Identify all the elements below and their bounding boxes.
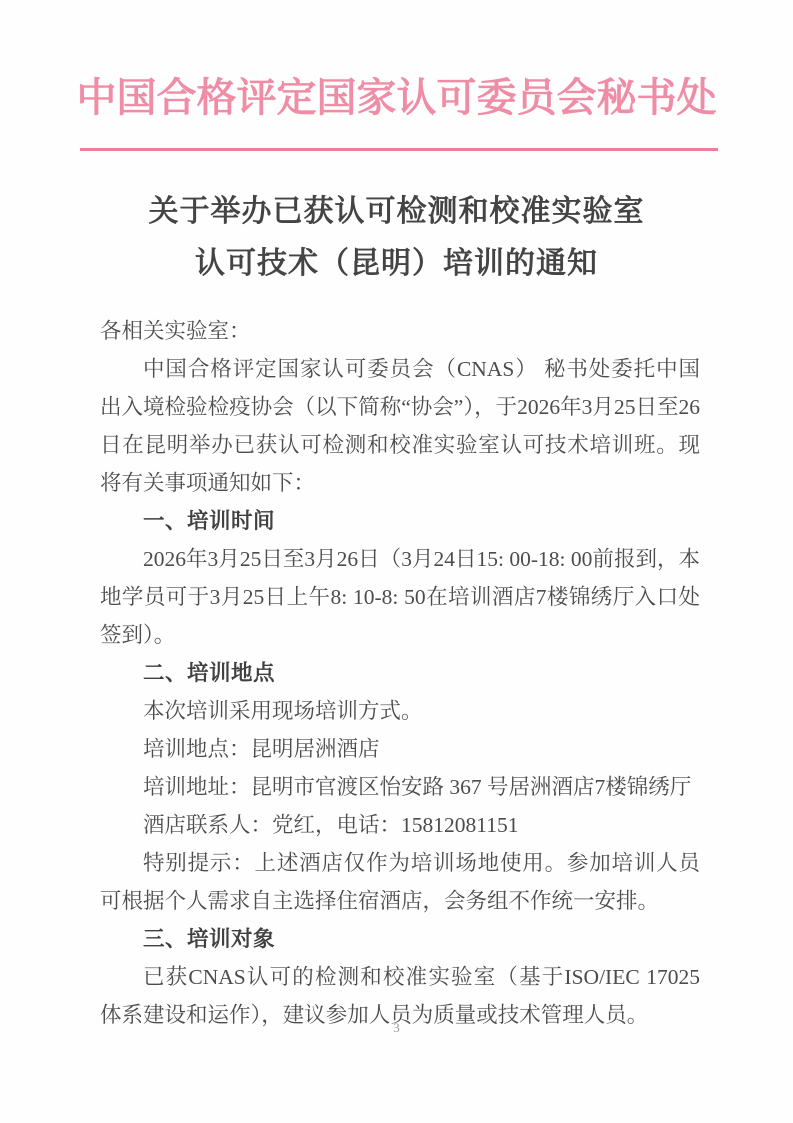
letterhead-divider-rule — [80, 148, 718, 151]
training-time-paragraph: 2026年3月25日至3月26日（3月24日15: 00-18: 00前报到，本… — [100, 540, 700, 654]
hotel-contact-paragraph: 酒店联系人：党红，电话：15812081151 — [100, 806, 700, 844]
section-heading-training-audience: 三、培训对象 — [100, 920, 700, 958]
document-body: 各相关实验室： 中国合格评定国家认可委员会（CNAS） 秘书处委托中国出入境检验… — [100, 312, 700, 1034]
section-heading-training-time: 一、培训时间 — [100, 502, 700, 540]
training-mode-paragraph: 本次培训采用现场培训方式。 — [100, 692, 700, 730]
special-note-paragraph: 特别提示：上述酒店仅作为培训场地使用。参加培训人员可根据个人需求自主选择住宿酒店… — [100, 844, 700, 920]
document-title: 关于举办已获认可检测和校准实验室 认可技术（昆明）培训的通知 — [0, 186, 793, 290]
section-heading-training-location: 二、培训地点 — [100, 654, 700, 692]
document-page: 中国合格评定国家认可委员会秘书处 关于举办已获认可检测和校准实验室 认可技术（昆… — [0, 0, 793, 1123]
training-venue-paragraph: 培训地点：昆明居洲酒店 — [100, 730, 700, 768]
document-title-line2: 认可技术（昆明）培训的通知 — [0, 238, 793, 290]
letterhead-org-name: 中国合格评定国家认可委员会秘书处 — [0, 66, 793, 123]
document-title-line1: 关于举办已获认可检测和校准实验室 — [0, 186, 793, 238]
salutation: 各相关实验室： — [100, 312, 700, 350]
training-address-paragraph: 培训地址：昆明市官渡区怡安路 367 号居洲酒店7楼锦绣厅 — [100, 768, 700, 806]
page-number: 3 — [0, 1020, 793, 1036]
intro-paragraph: 中国合格评定国家认可委员会（CNAS） 秘书处委托中国出入境检验检疫协会（以下简… — [100, 350, 700, 502]
